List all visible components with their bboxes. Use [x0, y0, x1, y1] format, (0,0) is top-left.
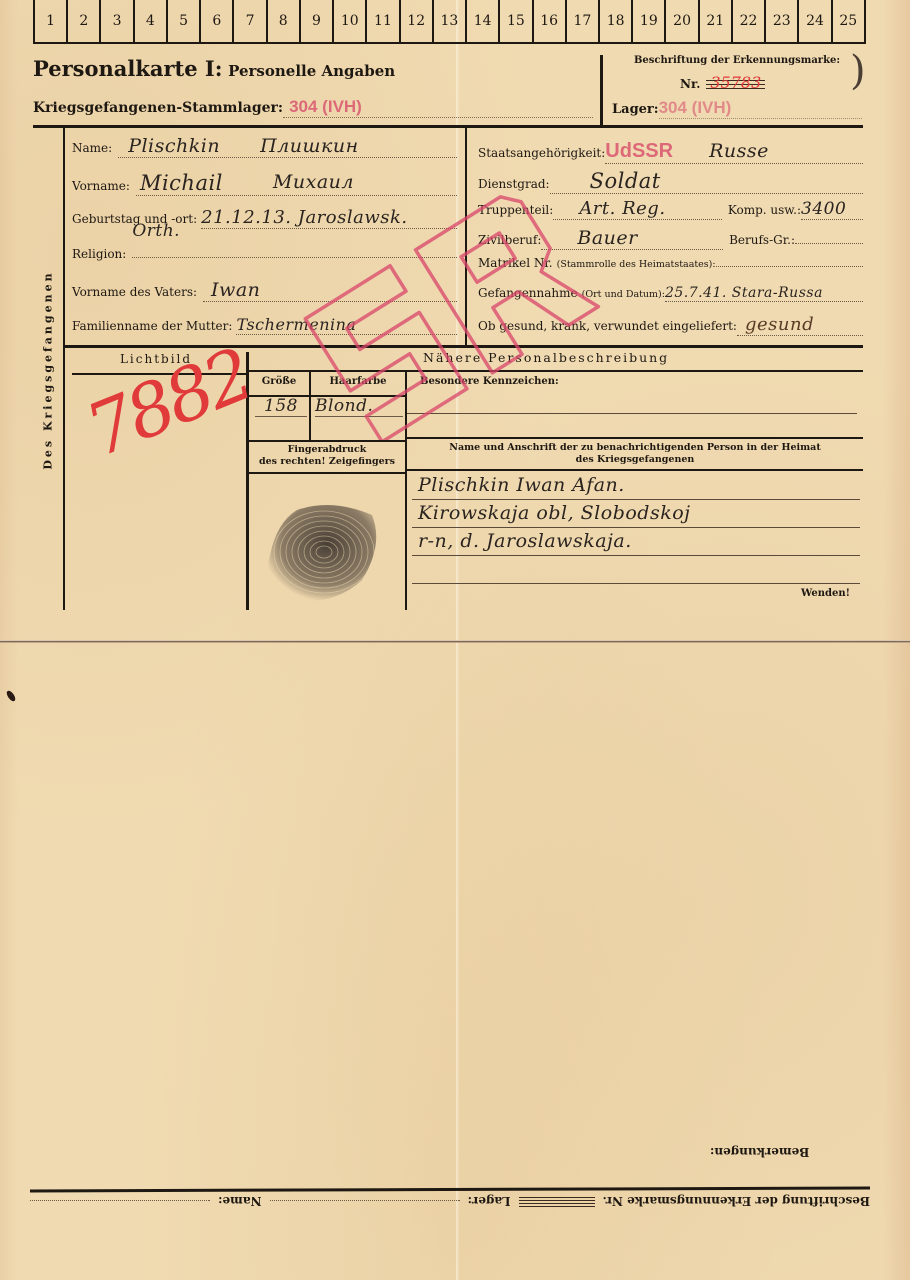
strip-cell: 16 [532, 0, 565, 42]
contact-label: Name und Anschrift der zu benachrichtige… [407, 442, 863, 466]
strip-cell: 12 [399, 0, 432, 42]
mutter-value: Tschermenina [236, 315, 457, 335]
truppenteil-label: Truppenteil: [478, 203, 553, 217]
dienstgrad-label: Dienstgrad: [478, 177, 550, 191]
strip-cell: 11 [365, 0, 398, 42]
kennzeichen-label: Besondere Kennzeichen: [420, 376, 559, 387]
religion-value: Orth. [132, 221, 180, 241]
groesse-bottom-rule [249, 440, 405, 442]
strip-cell: 18 [598, 0, 631, 42]
strip-cell: 4 [133, 0, 166, 42]
strip-cell: 17 [565, 0, 598, 42]
personal-section: Name: Plischkin Плишкин Vorname: Michail… [72, 135, 457, 351]
vater-row: Vorname des Vaters: Iwan [72, 279, 457, 315]
horizontal-fold [0, 640, 910, 643]
strip-cell: 1 [33, 0, 66, 42]
strip-cell: 25 [831, 0, 866, 42]
mutter-label: Familienname der Mutter: [72, 319, 232, 333]
contact-line-1: Plischkin Iwan Afan. [412, 472, 860, 500]
stammlager-stamp: 304 (IVH) [283, 97, 593, 118]
strip-cell: 14 [465, 0, 498, 42]
side-divider [63, 128, 65, 610]
lager-stamp: 304 (IVH) [659, 98, 862, 119]
berufsgr-label: Berufs-Gr.: [729, 233, 795, 247]
military-section: Staatsangehörigkeit: UdSSR Russe Dienstg… [478, 140, 863, 343]
back-tag-lines [519, 1195, 595, 1207]
contact-lines: Plischkin Iwan Afan. Kirowskaja obl, Slo… [412, 472, 860, 584]
name-field: Plischkin Плишкин [118, 135, 457, 158]
religion-label: Religion: [72, 247, 126, 261]
card-subtitle: Personelle Angaben [228, 62, 395, 80]
header-rule [33, 125, 863, 128]
strip-cell: 21 [698, 0, 731, 42]
strip-cell: 22 [731, 0, 764, 42]
komp-label: Komp. usw.: [728, 203, 801, 217]
matrikel-row: Matrikel Nr. (Stammrolle des Heimatstaat… [478, 256, 863, 285]
matrikel-value [716, 266, 863, 267]
vater-label: Vorname des Vaters: [72, 285, 197, 299]
komp-value: 3400 [801, 199, 863, 220]
finger-rule [249, 472, 405, 474]
name-latin: Plischkin [118, 135, 220, 157]
number-strip: 1 2 3 4 5 6 7 8 9 10 11 12 13 14 15 16 1… [33, 0, 866, 44]
staat-row: Staatsangehörigkeit: UdSSR Russe [478, 140, 863, 169]
fingerprint-icon [262, 500, 382, 605]
contact-label-line-2: des Kriegsgefangenen [407, 454, 863, 466]
naehere-label: Nähere Personalbeschreibung [405, 350, 883, 365]
contact-line-3: r-n, d. Jaroslawskaja. [412, 528, 860, 556]
contact-rule [407, 469, 863, 471]
contact-line-2: Kirowskaja obl, Slobodskoj [412, 500, 860, 528]
gesund-row: Ob gesund, krank, verwundet eingeliefert… [478, 314, 863, 343]
ink-spot [5, 689, 17, 702]
gefangennahme-value: 25.7.41. Stara-Russa [665, 285, 863, 302]
strip-cell: 8 [266, 0, 299, 42]
finger-label-line-2: des rechten! Zeigefingers [249, 456, 405, 468]
strip-cell: 6 [199, 0, 232, 42]
bemerkungen-label: Bemerkungen: [710, 1145, 809, 1159]
contact-line-4 [412, 556, 860, 584]
stammlager-label: Kriegsgefangenen-Stammlager: [33, 100, 283, 116]
back-lager-field [270, 1201, 460, 1202]
tag-nr-value: 35783 [706, 73, 765, 92]
corner-mark: ) [850, 48, 866, 94]
strip-cell: 5 [166, 0, 199, 42]
kennzeichen-line [407, 413, 857, 414]
back-name-label: Name: [218, 1194, 262, 1208]
middle-divider [465, 128, 467, 346]
strip-cell: 20 [664, 0, 697, 42]
gefangennahme-row: Gefangennahme (Ort und Datum): 25.7.41. … [478, 285, 863, 314]
tag-nr-row: Nr. 35783 [680, 73, 765, 92]
strip-cell: 13 [432, 0, 465, 42]
vorname-field: Michail Михаил [136, 171, 457, 196]
dienstgrad-value: Soldat [550, 169, 863, 194]
back-row: Beschriftung der Erkennungsmarke Nr. Lag… [30, 1190, 870, 1212]
vorname-row: Vorname: Michail Михаил [72, 171, 457, 207]
vater-value: Iwan [203, 279, 457, 302]
gesund-label: Ob gesund, krank, verwundet eingeliefert… [478, 319, 737, 333]
truppenteil-row: Truppenteil: Art. Reg. Komp. usw.: 3400 [478, 198, 863, 227]
strip-cell: 3 [99, 0, 132, 42]
name-label: Name: [72, 141, 112, 155]
personal-rule [65, 345, 863, 348]
matrikel-label: Matrikel Nr. [478, 256, 553, 270]
staat-label: Staatsangehörigkeit: [478, 146, 605, 160]
tag-label: Beschriftung der Erkennungsmarke: [612, 55, 862, 66]
zivilberuf-value: Bauer [541, 227, 723, 250]
card-title-block: Personalkarte I: Personelle Angaben [33, 56, 395, 81]
vorname-label: Vorname: [72, 179, 130, 193]
strip-cell: 7 [232, 0, 265, 42]
strip-cell: 19 [631, 0, 664, 42]
staat-value: Russe [709, 140, 769, 162]
truppenteil-value: Art. Reg. [553, 198, 722, 220]
strip-cell: 10 [332, 0, 365, 42]
zivilberuf-row: Zivilberuf: Bauer Berufs-Gr.: [478, 227, 863, 256]
back-name-field [30, 1201, 210, 1202]
finger-label: Fingerabdruck des rechten! Zeigefingers [249, 444, 405, 468]
matrikel-sub: (Stammrolle des Heimatstaates): [557, 259, 716, 270]
haarfarbe-label: Haarfarbe [311, 376, 405, 387]
back-tag-label: Beschriftung der Erkennungsmarke Nr. [603, 1194, 870, 1208]
lager-label: Lager: [612, 102, 659, 117]
dienstgrad-row: Dienstgrad: Soldat [478, 169, 863, 198]
staat-stamp: UdSSR [605, 140, 673, 163]
religion-field: Orth. [132, 243, 457, 258]
zivilberuf-label: Zivilberuf: [478, 233, 541, 247]
gesund-value: gesund [737, 314, 863, 336]
finger-label-line-1: Fingerabdruck [249, 444, 405, 456]
back-lager-label: Lager: [468, 1194, 511, 1208]
wenden-label: Wenden! [780, 588, 850, 599]
name-cyrillic: Плишкин [260, 135, 359, 157]
geburt-row: Geburtstag und -ort: 21.12.13. Jaroslaws… [72, 207, 457, 243]
gefangennahme-label: Gefangennahme [478, 286, 578, 300]
geburt-value: 21.12.13. Jaroslawsk. [201, 207, 457, 229]
berufsgr-value [795, 243, 863, 244]
vorname-cyrillic: Михаил [273, 171, 354, 195]
strip-cell: 9 [299, 0, 332, 42]
lager-row: Lager: 304 (IVH) [612, 98, 862, 119]
description-divider [405, 372, 407, 610]
haarfarbe-value: Blond. [315, 396, 403, 417]
header-divider [600, 55, 603, 127]
groesse-value: 158 [255, 396, 307, 417]
card-title: Personalkarte I: [33, 56, 223, 81]
vorname-latin: Michail [136, 171, 223, 195]
stammlager-row: Kriegsgefangenen-Stammlager: 304 (IVH) [33, 97, 593, 118]
contact-label-line-1: Name und Anschrift der zu benachrichtige… [407, 442, 863, 454]
name-row: Name: Plischkin Плишкин [72, 135, 457, 171]
gefangennahme-sub: (Ort und Datum): [582, 289, 665, 300]
strip-cell: 2 [66, 0, 99, 42]
kennzeichen-rule [407, 437, 863, 439]
strip-cell: 23 [764, 0, 797, 42]
religion-row: Religion: Orth. [72, 243, 457, 279]
groesse-divider [309, 372, 311, 440]
naehere-rule [249, 370, 863, 372]
staat-field: UdSSR Russe [605, 140, 863, 164]
groesse-label: Größe [249, 376, 309, 387]
side-label: Des Kriegsgefangenen [42, 270, 55, 469]
strip-cell: 15 [498, 0, 531, 42]
strip-cell: 24 [797, 0, 830, 42]
tag-nr-label: Nr. [680, 77, 700, 91]
